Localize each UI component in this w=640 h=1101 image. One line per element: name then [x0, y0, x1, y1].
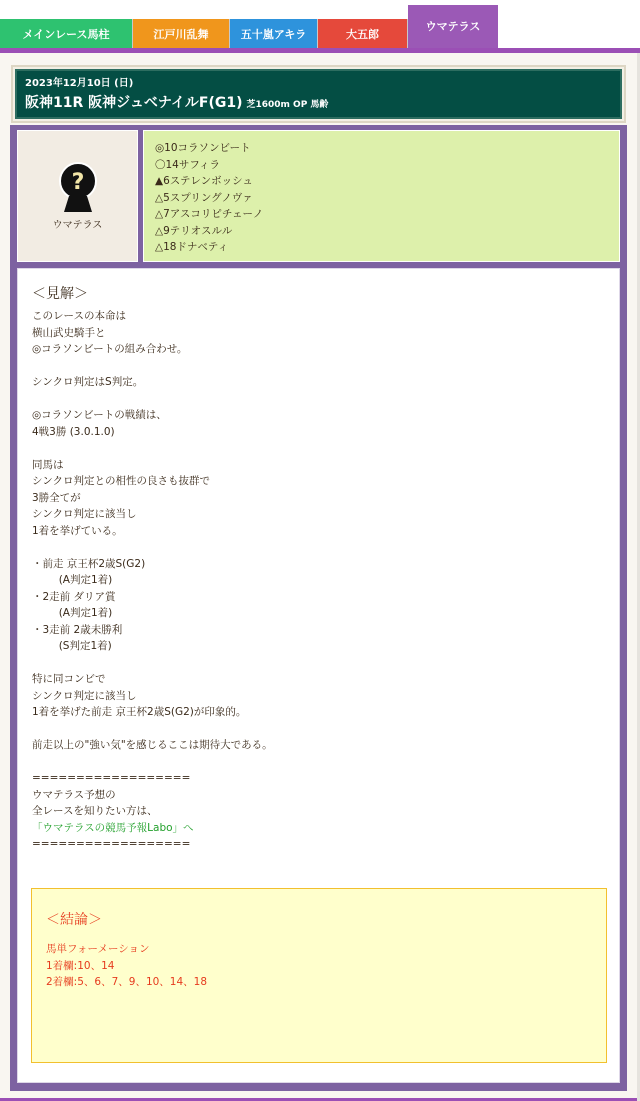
analysis-line: (S判定1着)	[32, 638, 605, 655]
analysis-line: シンクロ判定との相性の良さも抜群で	[32, 473, 605, 490]
analysis-line: 1着を挙げた前走 京王杯2歳S(G2)が印象的。	[32, 704, 605, 721]
analysis-line	[32, 440, 605, 457]
analysis-line: ==================	[32, 770, 605, 787]
page-content: 2023年12月10日 (日) 阪神11R 阪神ジュベナイルF(G1)芝1600…	[0, 53, 640, 1101]
tab-label: 江戸川乱舞	[154, 26, 209, 42]
analysis-line: 横山武史騎手と	[32, 325, 605, 342]
analysis-line	[32, 358, 605, 375]
analysis-line: 全レースを知りたい方は、	[32, 803, 605, 820]
analysis-line: 特に同コンビで	[32, 671, 605, 688]
second-place-picks: 2着欄:5、6、7、9、10、14、18	[46, 974, 592, 991]
analysis-line: シンクロ判定に該当し	[32, 506, 605, 523]
tab-4[interactable]: ウマテラス	[408, 5, 498, 48]
analysis-line: (A判定1着)	[32, 605, 605, 622]
analysis-line: 同馬は	[32, 457, 605, 474]
analysis-line: 3勝全てが	[32, 490, 605, 507]
separator: ==================	[32, 836, 605, 853]
first-place-picks: 1着欄:10、14	[46, 958, 592, 975]
analysis-line	[32, 655, 605, 672]
analysis-line: ◎コラソンビートの組み合わせ。	[32, 341, 605, 358]
labo-link[interactable]: 「ウマテラスの競馬予報Labo」へ	[32, 820, 605, 837]
analysis-panel: ＜見解＞ このレースの本命は横山武史騎手と◎コラソンビートの組み合わせ。シンクロ…	[17, 268, 620, 1083]
analysis-line	[32, 754, 605, 771]
race-name: 阪神11R 阪神ジュベナイルF(G1)	[25, 95, 242, 111]
analysis-line: 1着を挙げている。	[32, 523, 605, 540]
analysis-line	[32, 391, 605, 408]
analysis-title: ＜見解＞	[32, 283, 605, 305]
analysis-line: ウマテラス予想の	[32, 787, 605, 804]
race-conditions: 芝1600m OP 馬齢	[246, 100, 328, 110]
tab-label: 五十嵐アキラ	[241, 26, 307, 42]
pick-item: 〇14サフィラ	[155, 157, 608, 174]
analysis-body: このレースの本命は横山武史騎手と◎コラソンビートの組み合わせ。シンクロ判定はS判…	[32, 308, 605, 820]
tab-2[interactable]: 五十嵐アキラ	[230, 19, 318, 48]
tab-3[interactable]: 大五郎	[318, 19, 408, 48]
analysis-line: 4戦3勝 (3.0.1.0)	[32, 424, 605, 441]
pick-item: △5スプリングノヴァ	[155, 190, 608, 207]
predictor-name: ウマテラス	[53, 216, 103, 231]
picks-list: ◎10コラソンビート〇14サフィラ▲6ステレンボッシュ△5スプリングノヴァ△7ア…	[143, 130, 620, 262]
analysis-line: ◎コラソンビートの戦績は、	[32, 407, 605, 424]
race-date: 2023年12月10日 (日)	[25, 77, 612, 91]
pick-item: ▲6ステレンボッシュ	[155, 173, 608, 190]
crystal-ball-question-icon: ?	[55, 162, 101, 214]
tab-label: メインレース馬柱	[23, 26, 110, 42]
race-title: 阪神11R 阪神ジュベナイルF(G1)芝1600m OP 馬齢	[25, 93, 612, 115]
analysis-line: ・前走 京王杯2歳S(G2)	[32, 556, 605, 573]
predictor-avatar: ? ウマテラス	[17, 130, 138, 262]
tab-label: ウマテラス	[426, 18, 481, 34]
tab-label: 大五郎	[346, 26, 379, 42]
predictor-tabs: メインレース馬柱江戸川乱舞五十嵐アキラ大五郎ウマテラス	[0, 0, 640, 53]
tab-0[interactable]: メインレース馬柱	[0, 19, 133, 48]
pick-item: △9テリオスルル	[155, 223, 608, 240]
svg-text:?: ?	[71, 170, 84, 195]
race-header: 2023年12月10日 (日) 阪神11R 阪神ジュベナイルF(G1)芝1600…	[11, 65, 626, 123]
analysis-line: シンクロ判定に該当し	[32, 688, 605, 705]
race-header-inner: 2023年12月10日 (日) 阪神11R 阪神ジュベナイルF(G1)芝1600…	[15, 69, 622, 119]
pick-item: ◎10コラソンビート	[155, 140, 608, 157]
prediction-frame: ? ウマテラス ◎10コラソンビート〇14サフィラ▲6ステレンボッシュ△5スプリ…	[10, 125, 627, 1091]
analysis-line: (A判定1着)	[32, 572, 605, 589]
analysis-line: シンクロ判定はS判定。	[32, 374, 605, 391]
analysis-line	[32, 539, 605, 556]
analysis-line	[32, 721, 605, 738]
bet-type: 馬単フォーメーション	[46, 941, 592, 958]
pick-item: △7アスコリピチェーノ	[155, 206, 608, 223]
analysis-line: 前走以上の"強い気"を感じるここは期待大である。	[32, 737, 605, 754]
conclusion-title: ＜結論＞	[46, 909, 592, 931]
pick-item: △18ドナベティ	[155, 239, 608, 256]
analysis-line: このレースの本命は	[32, 308, 605, 325]
analysis-line: ・3走前 2歳未勝利	[32, 622, 605, 639]
conclusion-box: ＜結論＞ 馬単フォーメーション 1着欄:10、14 2着欄:5、6、7、9、10…	[31, 888, 607, 1063]
tab-1[interactable]: 江戸川乱舞	[133, 19, 230, 48]
analysis-line: ・2走前 ダリア賞	[32, 589, 605, 606]
